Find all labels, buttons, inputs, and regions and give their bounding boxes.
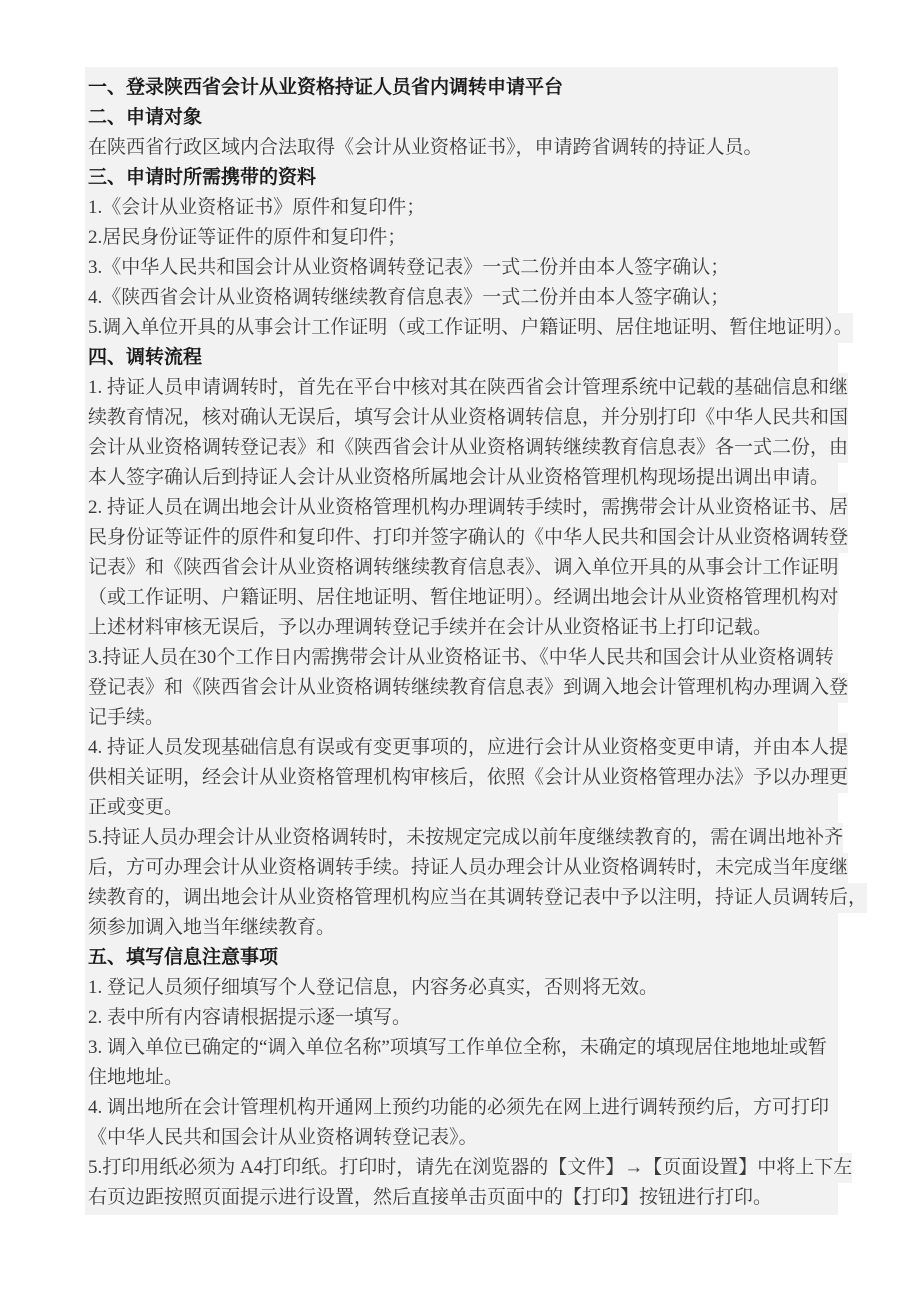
text-line: 2. 持证人员在调出地会计从业资格管理机构办理调转手续时，需携带会计从业资格证书… bbox=[85, 493, 848, 523]
text-line: 2. 表中所有内容请根据提示逐一填写。 bbox=[85, 1003, 838, 1033]
text-line: 3.持证人员在30个工作日内需携带会计从业资格证书、《中华人民共和国会计从业资格… bbox=[85, 643, 838, 673]
text-line: 续教育的，调出地会计从业资格管理机构应当在其调转登记表中予以注明，持证人员调转后… bbox=[85, 883, 867, 913]
text-line: 住地地址。 bbox=[85, 1063, 838, 1093]
text-line: 记手续。 bbox=[85, 703, 838, 733]
section-heading: 五、填写信息注意事项 bbox=[85, 943, 838, 973]
text-line: 2.居民身份证等证件的原件和复印件； bbox=[85, 223, 838, 253]
section-heading: 四、调转流程 bbox=[85, 343, 838, 373]
text-line: 3. 调入单位已确定的“调入单位名称”项填写工作单位全称，未确定的填现居住地地址… bbox=[85, 1033, 838, 1063]
text-line: 正或变更。 bbox=[85, 793, 838, 823]
section-heading: 三、申请时所需携带的资料 bbox=[85, 163, 838, 193]
text-line: 5.调入单位开具的从事会计工作证明（或工作证明、户籍证明、居住地证明、暂住地证明… bbox=[85, 313, 853, 343]
text-line: 1.《会计从业资格证书》原件和复印件； bbox=[85, 193, 838, 223]
text-line: 须参加调入地当年继续教育。 bbox=[85, 913, 838, 943]
content-block: 一、登录陕西省会计从业资格持证人员省内调转申请平台二、申请对象在陕西省行政区域内… bbox=[85, 67, 838, 1215]
text-line: 4. 调出地所在会计管理机构开通网上预约功能的必须先在网上进行调转预约后，方可打… bbox=[85, 1093, 838, 1123]
text-line: 4. 持证人员发现基础信息有误或有变更事项的，应进行会计从业资格变更申请，并由本… bbox=[85, 733, 848, 763]
text-line: 1. 持证人员申请调转时，首先在平台中核对其在陕西省会计管理系统中记载的基础信息… bbox=[85, 373, 848, 403]
text-line: 续教育情况，核对确认无误后，填写会计从业资格调转信息，并分别打印《中华人民共和国 bbox=[85, 403, 848, 433]
section-heading: 一、登录陕西省会计从业资格持证人员省内调转申请平台 bbox=[85, 73, 838, 103]
text-line: 右页边距按照页面提示进行设置，然后直接单击页面中的【打印】按钮进行打印。 bbox=[85, 1183, 838, 1213]
text-line: 3.《中华人民共和国会计从业资格调转登记表》一式二份并由本人签字确认； bbox=[85, 253, 838, 283]
text-line: 4.《陕西省会计从业资格调转继续教育信息表》一式二份并由本人签字确认； bbox=[85, 283, 838, 313]
text-line: 民身份证等证件的原件和复印件、打印并签字确认的《中华人民共和国会计从业资格调转登 bbox=[85, 523, 848, 553]
text-line: 在陕西省行政区域内合法取得《会计从业资格证书》，申请跨省调转的持证人员。 bbox=[85, 133, 838, 163]
text-line: 供相关证明，经会计从业资格管理机构审核后，依照《会计从业资格管理办法》予以办理更 bbox=[85, 763, 848, 793]
text-line: （或工作证明、户籍证明、居住地证明、暂住地证明）。经调出地会计从业资格管理机构对 bbox=[85, 583, 839, 613]
text-line: 5.打印用纸必须为 A4打印纸。打印时，请先在浏览器的【文件】→【页面设置】中将… bbox=[85, 1153, 852, 1183]
text-line: 会计从业资格调转登记表》和《陕西省会计从业资格调转继续教育信息表》各一式二份，由 bbox=[85, 433, 848, 463]
text-line: 1. 登记人员须仔细填写个人登记信息，内容务必真实，否则将无效。 bbox=[85, 973, 838, 1003]
text-line: 《中华人民共和国会计从业资格调转登记表》。 bbox=[85, 1123, 838, 1153]
text-line: 后，方可办理会计从业资格调转手续。持证人员办理会计从业资格调转时，未完成当年度继 bbox=[85, 853, 848, 883]
section-heading: 二、申请对象 bbox=[85, 103, 838, 133]
text-line: 本人签字确认后到持证人会计从业资格所属地会计从业资格管理机构现场提出调出申请。 bbox=[85, 463, 838, 493]
text-line: 上述材料审核无误后，予以办理调转登记手续并在会计从业资格证书上打印记载。 bbox=[85, 613, 838, 643]
document-page: 一、登录陕西省会计从业资格持证人员省内调转申请平台二、申请对象在陕西省行政区域内… bbox=[0, 0, 920, 1302]
text-line: 5.持证人员办理会计从业资格调转时，未按规定完成以前年度继续教育的，需在调出地补… bbox=[85, 823, 843, 853]
text-line: 记表》和《陕西省会计从业资格调转继续教育信息表》、调入单位开具的从事会计工作证明 bbox=[85, 553, 839, 583]
text-line: 登记表》和《陕西省会计从业资格调转继续教育信息表》到调入地会计管理机构办理调入登 bbox=[85, 673, 848, 703]
